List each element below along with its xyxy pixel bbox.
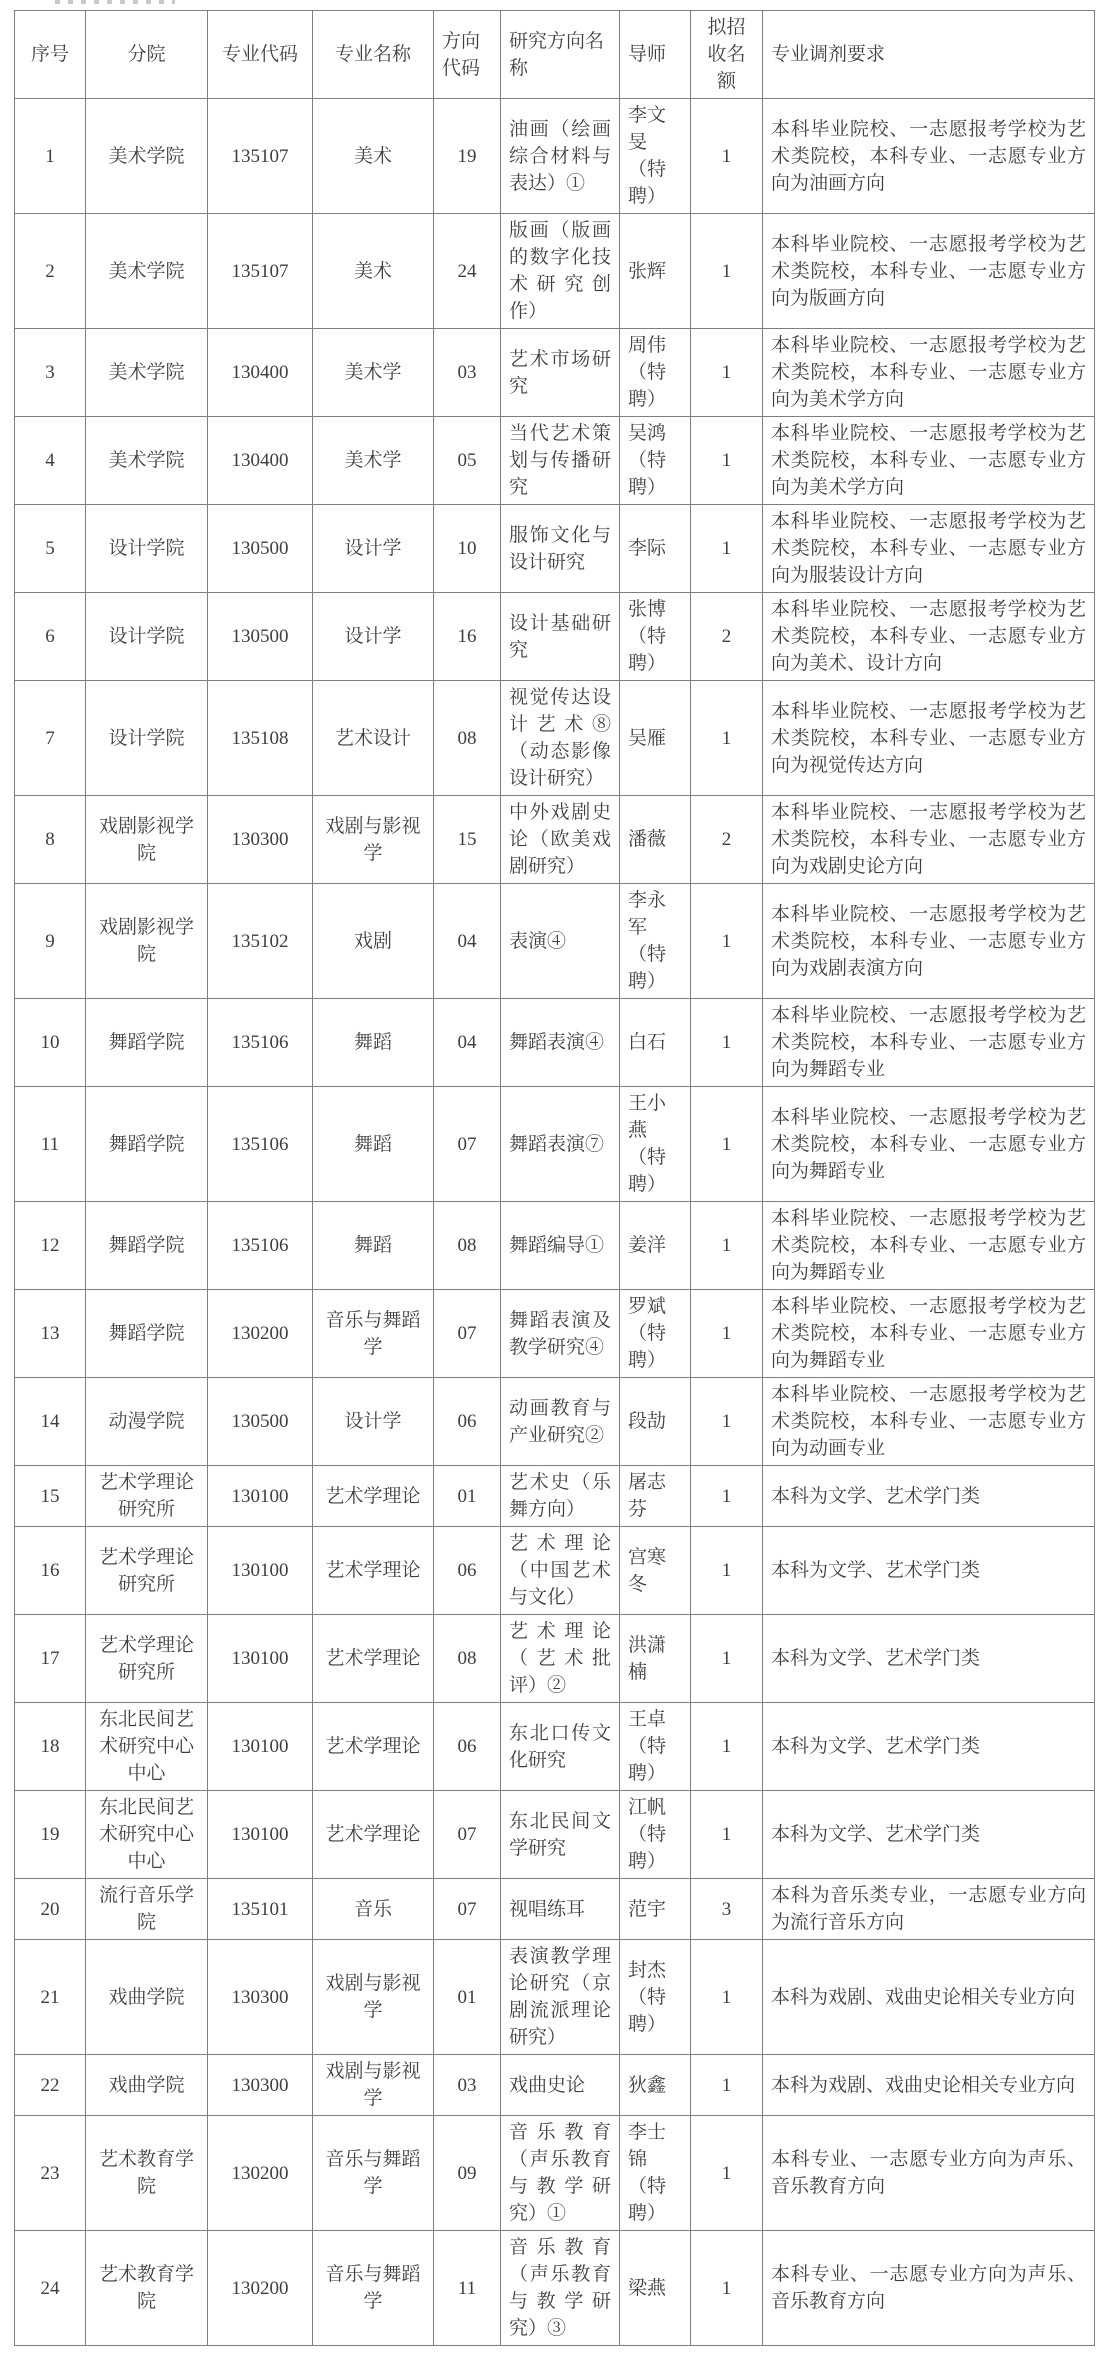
cell-direction: 艺术理论（艺术批评）②	[501, 1615, 620, 1703]
cell-advisor: 潘薇	[620, 796, 691, 884]
cell-requirement: 本科为文学、艺术学门类	[763, 1466, 1095, 1527]
cell-direction: 当代艺术策划与传播研究	[501, 417, 620, 505]
cell-requirement: 本科毕业院校、一志愿报考学校为艺术类院校，本科专业、一志愿专业方向为舞蹈专业	[763, 1290, 1095, 1378]
cell-major-code: 130300	[208, 2055, 313, 2116]
cell-dir-code: 15	[434, 796, 501, 884]
cell-dir-code: 07	[434, 1087, 501, 1202]
cell-quota: 1	[691, 1087, 763, 1202]
cell-college: 戏曲学院	[86, 2055, 208, 2116]
cell-direction: 服饰文化与设计研究	[501, 505, 620, 593]
header-no: 序号	[15, 11, 86, 99]
cell-college: 艺术教育学院	[86, 2231, 208, 2346]
cell-direction: 视觉传达设计艺术⑧（动态影像设计研究）	[501, 681, 620, 796]
table-row: 22 戏曲学院 130300 戏剧与影视学 03 戏曲史论 狄鑫 1 本科为戏剧…	[15, 2055, 1095, 2116]
cell-quota: 1	[691, 1940, 763, 2055]
cell-dir-code: 05	[434, 417, 501, 505]
cell-college: 戏剧影视学院	[86, 884, 208, 999]
cell-no: 9	[15, 884, 86, 999]
cell-direction: 舞蹈表演⑦	[501, 1087, 620, 1202]
cell-quota: 1	[691, 1703, 763, 1791]
cell-no: 19	[15, 1791, 86, 1879]
cell-requirement: 本科为文学、艺术学门类	[763, 1527, 1095, 1615]
cell-major-code: 135106	[208, 999, 313, 1087]
header-requirement: 专业调剂要求	[763, 11, 1095, 99]
table-row: 9 戏剧影视学院 135102 戏剧 04 表演④ 李永军（特聘） 1 本科毕业…	[15, 884, 1095, 999]
cell-no: 11	[15, 1087, 86, 1202]
cell-major-code: 130300	[208, 1940, 313, 2055]
cell-direction: 东北口传文化研究	[501, 1703, 620, 1791]
cell-requirement: 本科为文学、艺术学门类	[763, 1615, 1095, 1703]
cell-dir-code: 01	[434, 1466, 501, 1527]
cell-major-code: 130400	[208, 417, 313, 505]
cell-dir-code: 08	[434, 1615, 501, 1703]
cell-quota: 2	[691, 593, 763, 681]
cell-direction: 舞蹈表演④	[501, 999, 620, 1087]
cell-requirement: 本科毕业院校、一志愿报考学校为艺术类院校，本科专业、一志愿专业方向为服装设计方向	[763, 505, 1095, 593]
cell-advisor: 张博（特聘）	[620, 593, 691, 681]
cell-college: 艺术学理论研究所	[86, 1527, 208, 1615]
cell-dir-code: 06	[434, 1378, 501, 1466]
header-major-code: 专业代码	[208, 11, 313, 99]
cell-requirement: 本科为戏剧、戏曲史论相关专业方向	[763, 2055, 1095, 2116]
cell-quota: 2	[691, 796, 763, 884]
cell-major-name: 舞蹈	[313, 999, 434, 1087]
cell-advisor: 江帆（特聘）	[620, 1791, 691, 1879]
cell-advisor: 范宇	[620, 1879, 691, 1940]
table-row: 12 舞蹈学院 135106 舞蹈 08 舞蹈编导① 姜洋 1 本科毕业院校、一…	[15, 1202, 1095, 1290]
table-row: 10 舞蹈学院 135106 舞蹈 04 舞蹈表演④ 白石 1 本科毕业院校、一…	[15, 999, 1095, 1087]
cell-dir-code: 24	[434, 214, 501, 329]
cell-advisor: 李文旻（特聘）	[620, 99, 691, 214]
cell-no: 6	[15, 593, 86, 681]
cell-advisor: 罗斌（特聘）	[620, 1290, 691, 1378]
cell-major-name: 艺术学理论	[313, 1791, 434, 1879]
cell-dir-code: 06	[434, 1703, 501, 1791]
cell-direction: 艺术史（乐舞方向）	[501, 1466, 620, 1527]
cell-dir-code: 06	[434, 1527, 501, 1615]
cell-major-code: 135106	[208, 1087, 313, 1202]
cell-advisor: 白石	[620, 999, 691, 1087]
cell-college: 设计学院	[86, 681, 208, 796]
table-row: 18 东北民间艺术研究中心中心 130100 艺术学理论 06 东北口传文化研究…	[15, 1703, 1095, 1791]
table-row: 24 艺术教育学院 130200 音乐与舞蹈学 11 音乐教育（声乐教育与教学研…	[15, 2231, 1095, 2346]
cell-dir-code: 01	[434, 1940, 501, 2055]
cell-major-code: 130400	[208, 329, 313, 417]
cell-college: 舞蹈学院	[86, 1290, 208, 1378]
cell-requirement: 本科为文学、艺术学门类	[763, 1791, 1095, 1879]
cell-direction: 艺术市场研究	[501, 329, 620, 417]
cell-direction: 舞蹈编导①	[501, 1202, 620, 1290]
cell-no: 12	[15, 1202, 86, 1290]
table-row: 20 流行音乐学院 135101 音乐 07 视唱练耳 范宇 3 本科为音乐类专…	[15, 1879, 1095, 1940]
cell-major-code: 135107	[208, 99, 313, 214]
cell-major-code: 130200	[208, 2116, 313, 2231]
cell-no: 22	[15, 2055, 86, 2116]
cell-quota: 1	[691, 2231, 763, 2346]
cell-dir-code: 07	[434, 1290, 501, 1378]
cell-major-code: 130100	[208, 1703, 313, 1791]
cell-advisor: 洪潇楠	[620, 1615, 691, 1703]
cell-quota: 1	[691, 99, 763, 214]
cell-no: 13	[15, 1290, 86, 1378]
cell-college: 艺术教育学院	[86, 2116, 208, 2231]
cell-direction: 东北民间文学研究	[501, 1791, 620, 1879]
cell-advisor: 李永军（特聘）	[620, 884, 691, 999]
table-row: 5 设计学院 130500 设计学 10 服饰文化与设计研究 李际 1 本科毕业…	[15, 505, 1095, 593]
cell-no: 15	[15, 1466, 86, 1527]
cell-major-name: 舞蹈	[313, 1087, 434, 1202]
cell-major-code: 135107	[208, 214, 313, 329]
cell-direction: 表演教学理论研究（京剧流派理论研究）	[501, 1940, 620, 2055]
table-row: 2 美术学院 135107 美术 24 版画（版画的数字化技术研究创作） 张辉 …	[15, 214, 1095, 329]
header-quota: 拟招收名额	[691, 11, 763, 99]
table-row: 6 设计学院 130500 设计学 16 设计基础研究 张博（特聘） 2 本科毕…	[15, 593, 1095, 681]
cell-college: 流行音乐学院	[86, 1879, 208, 1940]
table-body: 1 美术学院 135107 美术 19 油画（绘画综合材料与表达）① 李文旻（特…	[15, 99, 1095, 2346]
table-row: 13 舞蹈学院 130200 音乐与舞蹈学 07 舞蹈表演及教学研究④ 罗斌（特…	[15, 1290, 1095, 1378]
cell-major-name: 美术学	[313, 417, 434, 505]
cell-advisor: 宫寒冬	[620, 1527, 691, 1615]
header-college: 分院	[86, 11, 208, 99]
cell-major-code: 130500	[208, 1378, 313, 1466]
cell-major-name: 艺术学理论	[313, 1527, 434, 1615]
cell-requirement: 本科毕业院校、一志愿报考学校为艺术类院校，本科专业、一志愿专业方向为美术、设计方…	[763, 593, 1095, 681]
cell-direction: 艺术理论（中国艺术与文化）	[501, 1527, 620, 1615]
cell-college: 艺术学理论研究所	[86, 1615, 208, 1703]
cell-advisor: 王小燕（特聘）	[620, 1087, 691, 1202]
table-row: 11 舞蹈学院 135106 舞蹈 07 舞蹈表演⑦ 王小燕（特聘） 1 本科毕…	[15, 1087, 1095, 1202]
cropped-title-remnant	[55, 0, 175, 4]
cell-dir-code: 16	[434, 593, 501, 681]
cell-college: 设计学院	[86, 593, 208, 681]
cell-requirement: 本科毕业院校、一志愿报考学校为艺术类院校，本科专业、一志愿专业方向为舞蹈专业	[763, 1087, 1095, 1202]
cell-no: 3	[15, 329, 86, 417]
cell-major-code: 135101	[208, 1879, 313, 1940]
cell-major-name: 音乐	[313, 1879, 434, 1940]
cell-quota: 1	[691, 505, 763, 593]
cell-no: 8	[15, 796, 86, 884]
cell-dir-code: 03	[434, 2055, 501, 2116]
header-major-name: 专业名称	[313, 11, 434, 99]
cell-advisor: 吴雁	[620, 681, 691, 796]
cell-quota: 1	[691, 1466, 763, 1527]
cell-requirement: 本科专业、一志愿专业方向为声乐、音乐教育方向	[763, 2231, 1095, 2346]
cell-dir-code: 04	[434, 999, 501, 1087]
cell-dir-code: 04	[434, 884, 501, 999]
cell-direction: 表演④	[501, 884, 620, 999]
cell-no: 7	[15, 681, 86, 796]
cell-requirement: 本科毕业院校、一志愿报考学校为艺术类院校，本科专业、一志愿专业方向为美术学方向	[763, 417, 1095, 505]
cell-no: 16	[15, 1527, 86, 1615]
cell-major-code: 130300	[208, 796, 313, 884]
cell-direction: 音乐教育（声乐教育与教学研究）③	[501, 2231, 620, 2346]
cell-advisor: 张辉	[620, 214, 691, 329]
cell-requirement: 本科为戏剧、戏曲史论相关专业方向	[763, 1940, 1095, 2055]
cell-dir-code: 07	[434, 1879, 501, 1940]
cell-quota: 1	[691, 329, 763, 417]
cell-major-name: 设计学	[313, 593, 434, 681]
cell-advisor: 李际	[620, 505, 691, 593]
cell-dir-code: 09	[434, 2116, 501, 2231]
cell-college: 戏剧影视学院	[86, 796, 208, 884]
cell-college: 美术学院	[86, 214, 208, 329]
cell-major-code: 130100	[208, 1791, 313, 1879]
table-row: 15 艺术学理论研究所 130100 艺术学理论 01 艺术史（乐舞方向） 屠志…	[15, 1466, 1095, 1527]
cell-major-name: 音乐与舞蹈学	[313, 1290, 434, 1378]
cell-quota: 1	[691, 1791, 763, 1879]
cell-requirement: 本科毕业院校、一志愿报考学校为艺术类院校，本科专业、一志愿专业方向为动画专业	[763, 1378, 1095, 1466]
cell-requirement: 本科为音乐类专业，一志愿专业方向为流行音乐方向	[763, 1879, 1095, 1940]
header-row: 序号 分院 专业代码 专业名称 方向代码 研究方向名称 导师 拟招收名额 专业调…	[15, 11, 1095, 99]
cell-direction: 音乐教育（声乐教育与教学研究）①	[501, 2116, 620, 2231]
cell-dir-code: 03	[434, 329, 501, 417]
cell-advisor: 狄鑫	[620, 2055, 691, 2116]
cell-advisor: 李士锦（特聘）	[620, 2116, 691, 2231]
cell-college: 舞蹈学院	[86, 1087, 208, 1202]
cell-major-code: 135106	[208, 1202, 313, 1290]
cell-major-name: 艺术学理论	[313, 1466, 434, 1527]
cell-direction: 戏曲史论	[501, 2055, 620, 2116]
cell-college: 艺术学理论研究所	[86, 1466, 208, 1527]
cell-requirement: 本科专业、一志愿专业方向为声乐、音乐教育方向	[763, 2116, 1095, 2231]
cell-requirement: 本科毕业院校、一志愿报考学校为艺术类院校，本科专业、一志愿专业方向为版画方向	[763, 214, 1095, 329]
cell-quota: 1	[691, 214, 763, 329]
cell-dir-code: 08	[434, 681, 501, 796]
cell-no: 4	[15, 417, 86, 505]
header-dir-code: 方向代码	[434, 11, 501, 99]
cell-college: 动漫学院	[86, 1378, 208, 1466]
cell-college: 美术学院	[86, 417, 208, 505]
cell-requirement: 本科毕业院校、一志愿报考学校为艺术类院校，本科专业、一志愿专业方向为舞蹈专业	[763, 999, 1095, 1087]
cell-no: 23	[15, 2116, 86, 2231]
cell-quota: 3	[691, 1879, 763, 1940]
cell-advisor: 段劼	[620, 1378, 691, 1466]
admissions-table: 序号 分院 专业代码 专业名称 方向代码 研究方向名称 导师 拟招收名额 专业调…	[14, 10, 1095, 2346]
cell-major-code: 130100	[208, 1615, 313, 1703]
table-row: 14 动漫学院 130500 设计学 06 动画教育与产业研究② 段劼 1 本科…	[15, 1378, 1095, 1466]
cell-no: 10	[15, 999, 86, 1087]
cell-quota: 1	[691, 999, 763, 1087]
cell-college: 舞蹈学院	[86, 1202, 208, 1290]
cell-requirement: 本科毕业院校、一志愿报考学校为艺术类院校，本科专业、一志愿专业方向为视觉传达方向	[763, 681, 1095, 796]
cell-major-name: 艺术学理论	[313, 1703, 434, 1791]
cell-advisor: 封杰（特聘）	[620, 1940, 691, 2055]
cell-quota: 1	[691, 1378, 763, 1466]
table-row: 8 戏剧影视学院 130300 戏剧与影视学 15 中外戏剧史论（欧美戏剧研究）…	[15, 796, 1095, 884]
cell-dir-code: 11	[434, 2231, 501, 2346]
cell-major-name: 美术学	[313, 329, 434, 417]
cell-quota: 1	[691, 417, 763, 505]
cell-advisor: 王卓（特聘）	[620, 1703, 691, 1791]
cell-dir-code: 10	[434, 505, 501, 593]
cell-requirement: 本科毕业院校、一志愿报考学校为艺术类院校，本科专业、一志愿专业方向为美术学方向	[763, 329, 1095, 417]
cell-quota: 1	[691, 1615, 763, 1703]
cell-major-code: 135108	[208, 681, 313, 796]
cell-major-name: 音乐与舞蹈学	[313, 2116, 434, 2231]
table-row: 19 东北民间艺术研究中心中心 130100 艺术学理论 07 东北民间文学研究…	[15, 1791, 1095, 1879]
cell-no: 17	[15, 1615, 86, 1703]
table-row: 23 艺术教育学院 130200 音乐与舞蹈学 09 音乐教育（声乐教育与教学研…	[15, 2116, 1095, 2231]
cell-direction: 设计基础研究	[501, 593, 620, 681]
cell-requirement: 本科毕业院校、一志愿报考学校为艺术类院校，本科专业、一志愿专业方向为舞蹈专业	[763, 1202, 1095, 1290]
cell-major-name: 艺术学理论	[313, 1615, 434, 1703]
cell-requirement: 本科毕业院校、一志愿报考学校为艺术类院校，本科专业、一志愿专业方向为戏剧史论方向	[763, 796, 1095, 884]
cell-direction: 油画（绘画综合材料与表达）①	[501, 99, 620, 214]
cell-major-code: 135102	[208, 884, 313, 999]
cell-major-name: 美术	[313, 99, 434, 214]
cell-dir-code: 19	[434, 99, 501, 214]
cell-major-name: 舞蹈	[313, 1202, 434, 1290]
cell-quota: 1	[691, 2055, 763, 2116]
cell-requirement: 本科毕业院校、一志愿报考学校为艺术类院校，本科专业、一志愿专业方向为戏剧表演方向	[763, 884, 1095, 999]
cell-no: 18	[15, 1703, 86, 1791]
cell-major-code: 130200	[208, 1290, 313, 1378]
cell-college: 东北民间艺术研究中心中心	[86, 1791, 208, 1879]
cell-advisor: 姜洋	[620, 1202, 691, 1290]
cell-no: 5	[15, 505, 86, 593]
cell-no: 2	[15, 214, 86, 329]
cell-direction: 视唱练耳	[501, 1879, 620, 1940]
cell-major-code: 130200	[208, 2231, 313, 2346]
cell-college: 美术学院	[86, 329, 208, 417]
cell-quota: 1	[691, 1202, 763, 1290]
cell-major-name: 戏剧与影视学	[313, 2055, 434, 2116]
table-row: 17 艺术学理论研究所 130100 艺术学理论 08 艺术理论（艺术批评）② …	[15, 1615, 1095, 1703]
cell-direction: 中外戏剧史论（欧美戏剧研究）	[501, 796, 620, 884]
cell-no: 20	[15, 1879, 86, 1940]
cell-major-code: 130100	[208, 1527, 313, 1615]
cell-direction: 版画（版画的数字化技术研究创作）	[501, 214, 620, 329]
cell-no: 24	[15, 2231, 86, 2346]
cell-no: 21	[15, 1940, 86, 2055]
table-header: 序号 分院 专业代码 专业名称 方向代码 研究方向名称 导师 拟招收名额 专业调…	[15, 11, 1095, 99]
page: 序号 分院 专业代码 专业名称 方向代码 研究方向名称 导师 拟招收名额 专业调…	[0, 0, 1104, 2358]
cell-college: 戏曲学院	[86, 1940, 208, 2055]
cell-college: 设计学院	[86, 505, 208, 593]
cell-dir-code: 07	[434, 1791, 501, 1879]
cell-no: 14	[15, 1378, 86, 1466]
table-row: 3 美术学院 130400 美术学 03 艺术市场研究 周伟（特聘） 1 本科毕…	[15, 329, 1095, 417]
cell-no: 1	[15, 99, 86, 214]
table-row: 7 设计学院 135108 艺术设计 08 视觉传达设计艺术⑧（动态影像设计研究…	[15, 681, 1095, 796]
cell-major-name: 音乐与舞蹈学	[313, 2231, 434, 2346]
cell-advisor: 周伟（特聘）	[620, 329, 691, 417]
cell-direction: 舞蹈表演及教学研究④	[501, 1290, 620, 1378]
cell-major-name: 戏剧与影视学	[313, 796, 434, 884]
header-direction: 研究方向名称	[501, 11, 620, 99]
table-row: 4 美术学院 130400 美术学 05 当代艺术策划与传播研究 吴鸿（特聘） …	[15, 417, 1095, 505]
cell-advisor: 吴鸿（特聘）	[620, 417, 691, 505]
header-advisor: 导师	[620, 11, 691, 99]
cell-dir-code: 08	[434, 1202, 501, 1290]
cell-advisor: 屠志芬	[620, 1466, 691, 1527]
cell-quota: 1	[691, 1527, 763, 1615]
cell-quota: 1	[691, 884, 763, 999]
cell-major-name: 美术	[313, 214, 434, 329]
cell-major-code: 130500	[208, 593, 313, 681]
cell-major-name: 设计学	[313, 1378, 434, 1466]
cell-quota: 1	[691, 1290, 763, 1378]
table-row: 16 艺术学理论研究所 130100 艺术学理论 06 艺术理论（中国艺术与文化…	[15, 1527, 1095, 1615]
cell-college: 美术学院	[86, 99, 208, 214]
cell-requirement: 本科毕业院校、一志愿报考学校为艺术类院校，本科专业、一志愿专业方向为油画方向	[763, 99, 1095, 214]
cell-quota: 1	[691, 2116, 763, 2231]
cell-college: 舞蹈学院	[86, 999, 208, 1087]
cell-major-name: 设计学	[313, 505, 434, 593]
cell-requirement: 本科为文学、艺术学门类	[763, 1703, 1095, 1791]
cell-college: 东北民间艺术研究中心中心	[86, 1703, 208, 1791]
cell-advisor: 梁燕	[620, 2231, 691, 2346]
table-row: 1 美术学院 135107 美术 19 油画（绘画综合材料与表达）① 李文旻（特…	[15, 99, 1095, 214]
cell-major-code: 130100	[208, 1466, 313, 1527]
cell-quota: 1	[691, 681, 763, 796]
table-row: 21 戏曲学院 130300 戏剧与影视学 01 表演教学理论研究（京剧流派理论…	[15, 1940, 1095, 2055]
cell-major-code: 130500	[208, 505, 313, 593]
cell-major-name: 戏剧与影视学	[313, 1940, 434, 2055]
cell-direction: 动画教育与产业研究②	[501, 1378, 620, 1466]
cell-major-name: 艺术设计	[313, 681, 434, 796]
cell-major-name: 戏剧	[313, 884, 434, 999]
